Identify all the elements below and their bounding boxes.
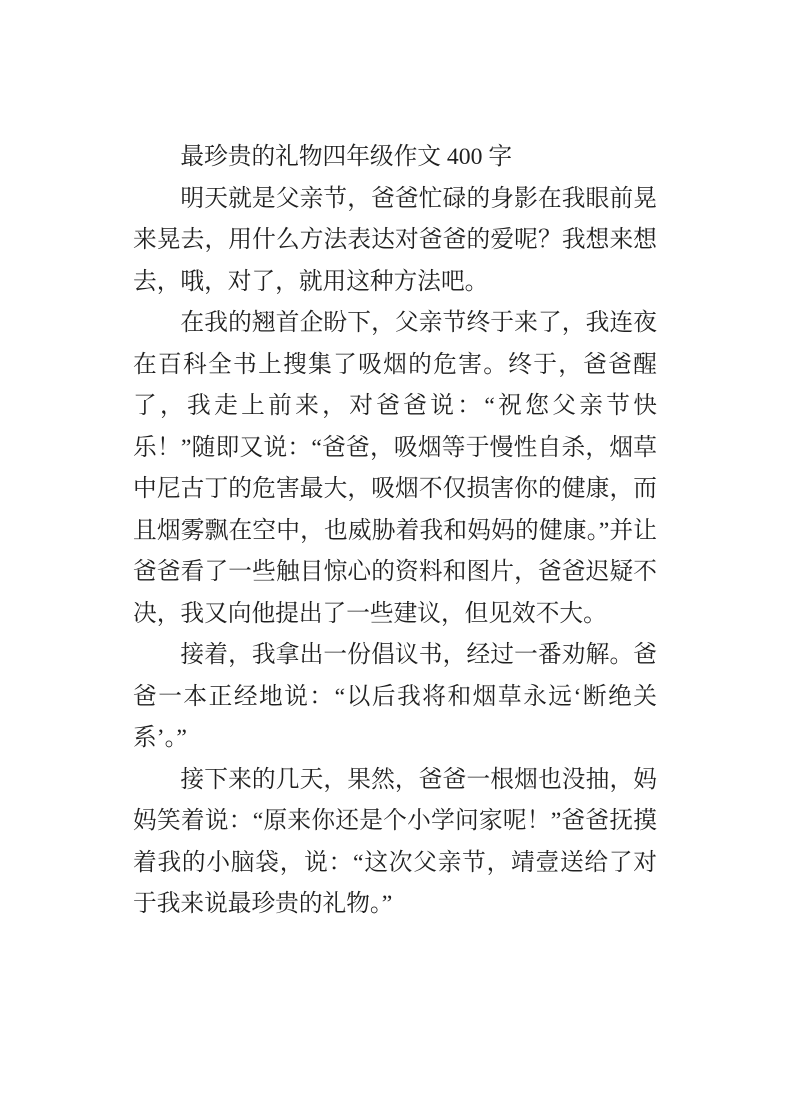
document-page: 最珍贵的礼物四年级作文 400 字 明天就是父亲节，爸爸忙碌的身影在我眼前晃来晃… [0, 0, 792, 1120]
essay-text-block: 最珍贵的礼物四年级作文 400 字 明天就是父亲节，爸爸忙碌的身影在我眼前晃来晃… [133, 137, 657, 926]
essay-paragraph-2: 在我的翘首企盼下，父亲节终于来了，我连夜在百科全书上搜集了吸烟的危害。终于，爸爸… [133, 303, 657, 635]
essay-title: 最珍贵的礼物四年级作文 400 字 [133, 137, 657, 179]
essay-paragraph-4: 接下来的几天，果然，爸爸一根烟也没抽，妈妈笑着说：“原来你还是个小学问家呢！”爸… [133, 760, 657, 926]
essay-paragraph-1: 明天就是父亲节，爸爸忙碌的身影在我眼前晃来晃去，用什么方法表达对爸爸的爱呢？我想… [133, 179, 657, 304]
essay-paragraph-3: 接着，我拿出一份倡议书，经过一番劝解。爸爸一本正经地说：“以后我将和烟草永远‘断… [133, 635, 657, 760]
